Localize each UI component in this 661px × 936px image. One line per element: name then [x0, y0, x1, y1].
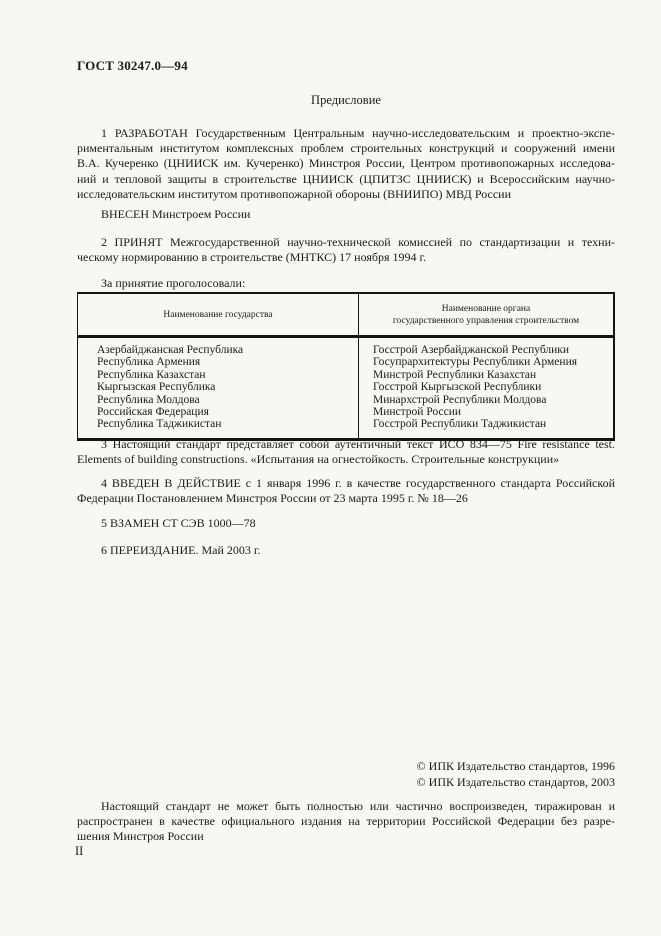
text-line: ческому нормированию в строительстве (МН… — [77, 250, 615, 265]
org-cell: Госстрой Азербайджанской Республики — [359, 337, 615, 357]
table-row: Республика Казахстан Минстрой Республики… — [78, 369, 615, 381]
table-header-org-line1: Наименование органа — [365, 303, 607, 315]
vote-table: Наименование государства Наименование ор… — [77, 292, 615, 441]
text-line: риментальным институтом комплексных проб… — [77, 141, 615, 156]
state-cell: Российская Федерация — [78, 406, 359, 418]
text-line: ний и тепловой защиты в строительстве ЦН… — [77, 172, 615, 187]
text-line: 3 Настоящий стандарт представляет собой … — [77, 437, 615, 452]
text-line: шения Минстроя России — [77, 829, 615, 844]
clause-replaces: 5 ВЗАМЕН СТ СЭВ 1000—78 — [77, 516, 615, 531]
text-line: Настоящий стандарт не может быть полност… — [77, 799, 615, 814]
text-line: 2 ПРИНЯТ Межгосударственной научно-техни… — [77, 235, 615, 250]
page-number: II — [75, 844, 83, 859]
table-header-state: Наименование государства — [78, 293, 359, 337]
vote-caption: За принятие проголосовали: — [77, 276, 615, 291]
table-row: Российская Федерация Минстрой России — [78, 406, 615, 418]
state-cell: Кыргызская Республика — [78, 381, 359, 393]
table-row: Азербайджанская Республика Госстрой Азер… — [78, 337, 615, 357]
table-row: Республика Молдова Минархстрой Республик… — [78, 394, 615, 406]
reproduction-restriction: Настоящий стандарт не может быть полност… — [77, 799, 615, 845]
clause-reissue: 6 ПЕРЕИЗДАНИЕ. Май 2003 г. — [77, 543, 615, 558]
copyright-block: © ИПК Издательство стандартов, 1996 © ИП… — [417, 759, 615, 790]
table-row: Кыргызская Республика Госстрой Кыргызско… — [78, 381, 615, 393]
text-line: Федерации Постановлением Минстроя России… — [77, 491, 615, 506]
text-line: Elements of building constructions. «Исп… — [77, 452, 615, 467]
org-cell: Минстрой Республики Казахстан — [359, 369, 615, 381]
standard-number: ГОСТ 30247.0—94 — [77, 58, 615, 74]
text-line: распространен в качестве официального из… — [77, 814, 615, 829]
org-cell: Минархстрой Республики Молдова — [359, 394, 615, 406]
copyright-1996: © ИПК Издательство стандартов, 1996 — [417, 759, 615, 775]
clause-submitted-by: ВНЕСЕН Минстроем России — [77, 207, 615, 222]
table-header-org: Наименование органа государственного упр… — [359, 293, 615, 337]
clause-authentic-text: 3 Настоящий стандарт представляет собой … — [77, 437, 615, 467]
state-cell: Азербайджанская Республика — [78, 337, 359, 357]
org-cell: Госупрархитектуры Республики Армения — [359, 356, 615, 368]
org-cell: Минстрой России — [359, 406, 615, 418]
clause-entered-into-force: 4 ВВЕДЕН В ДЕЙСТВИЕ с 1 января 1996 г. в… — [77, 476, 615, 506]
text-line: исследовательским институтом противопожа… — [77, 187, 615, 202]
text-line: 1 РАЗРАБОТАН Государственным Центральным… — [77, 126, 615, 141]
table-row: Республика Армения Госупрархитектуры Рес… — [78, 356, 615, 368]
clause-developed-by: 1 РАЗРАБОТАН Государственным Центральным… — [77, 126, 615, 202]
page-title: Предисловие — [77, 93, 615, 108]
copyright-2003: © ИПК Издательство стандартов, 2003 — [417, 775, 615, 791]
table-header-row: Наименование государства Наименование ор… — [78, 293, 615, 337]
table-header-org-line2: государственного управления строительств… — [365, 315, 607, 327]
state-cell: Республика Армения — [78, 356, 359, 368]
state-cell: Республика Молдова — [78, 394, 359, 406]
text-line: 4 ВВЕДЕН В ДЕЙСТВИЕ с 1 января 1996 г. в… — [77, 476, 615, 491]
state-cell: Республика Казахстан — [78, 369, 359, 381]
org-cell: Госстрой Кыргызской Республики — [359, 381, 615, 393]
text-line: В.А. Кучеренко (ЦНИИСК им. Кучеренко) Ми… — [77, 156, 615, 171]
clause-adopted-by: 2 ПРИНЯТ Межгосударственной научно-техни… — [77, 235, 615, 265]
document-page: ГОСТ 30247.0—94 Предисловие 1 РАЗРАБОТАН… — [0, 0, 661, 936]
